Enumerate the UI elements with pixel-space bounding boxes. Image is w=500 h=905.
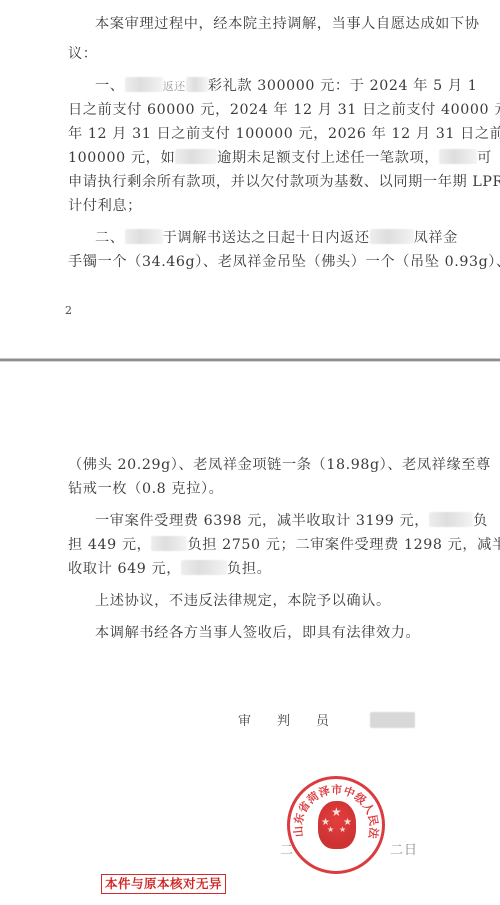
text-line: 议： bbox=[68, 44, 436, 64]
date-tail: 二日 bbox=[390, 843, 418, 858]
page-number: 2 bbox=[65, 304, 72, 317]
text-line: 本调解书经各方当事人签收后，即具有法律效力。 bbox=[95, 623, 463, 643]
text-line: 二、于调解书送达之日起十日内返还凤祥金 bbox=[95, 228, 463, 248]
redacted-party-name bbox=[439, 149, 477, 164]
text-line: 100000 元，如逾期未足额支付上述任一笔款项，可 bbox=[68, 148, 436, 168]
clause-text: 100000 元，如 bbox=[68, 150, 175, 166]
redacted-party-name bbox=[429, 512, 473, 527]
signature-role-char: 审 bbox=[238, 714, 251, 729]
judge-signature-line: 审判员 bbox=[238, 710, 329, 729]
clause-text: 一审案件受理费 6398 元，减半收取计 3199 元， bbox=[95, 513, 429, 529]
redacted-party-name bbox=[175, 149, 217, 164]
text-line: 上述协议，不违反法律规定，本院予以确认。 bbox=[95, 591, 463, 611]
text-line: 年 12 月 31 日之前支付 100000 元，2026 年 12 月 31 … bbox=[68, 124, 436, 144]
text-line: 本案审理过程中，经本院主持调解，当事人自愿达成如下协 bbox=[95, 14, 463, 34]
document-page-top: 本案审理过程中，经本院主持调解，当事人自愿达成如下协 议： 一、返还彩礼款 30… bbox=[0, 0, 500, 358]
clause-text: 负担。 bbox=[227, 561, 271, 577]
clause-verb: 返还 bbox=[163, 80, 186, 93]
redacted-party-name bbox=[186, 77, 208, 92]
redacted-judge-name bbox=[370, 712, 415, 728]
clause-text: 彩礼款 300000 元：于 2024 年 5 月 1 bbox=[208, 78, 478, 94]
clause-text: 于调解书送达之日起十日内返还 bbox=[163, 230, 370, 246]
text-line: 钻戒一枚（0.8 克拉）。 bbox=[68, 479, 436, 499]
clause-number: 二、 bbox=[95, 230, 125, 246]
clause-text: 负担 2750 元；二审案件受理费 1298 元，减半 bbox=[187, 537, 500, 553]
text-line: 担 449 元，负担 2750 元；二审案件受理费 1298 元，减半 bbox=[68, 535, 436, 555]
signature-role-char: 判 bbox=[277, 714, 290, 729]
text-line: （佛头 20.29g）、老凤祥金项链一条（18.98g）、老凤祥缘至尊 bbox=[68, 455, 436, 475]
clause-text: 可 bbox=[477, 150, 492, 166]
court-seal-stamp: 山东省菏泽市中级人民法院 ★ ★ ★ ★ ★ bbox=[287, 776, 385, 874]
signature-role-char: 员 bbox=[316, 714, 329, 729]
redacted-party-name bbox=[125, 77, 163, 92]
clause-text: 逾期未足额支付上述任一笔款项， bbox=[217, 150, 439, 166]
text-line: 手镯一个（34.46g）、老凤祥金吊坠（佛头）一个（吊坠 0.93g）、 bbox=[68, 252, 436, 272]
redacted-party-name bbox=[370, 229, 414, 244]
text-line: 计付利息； bbox=[68, 196, 436, 216]
clause-text: 负 bbox=[473, 513, 488, 529]
clause-number: 一、 bbox=[95, 78, 125, 94]
text-line: 申请执行剩余所有款项，并以欠付款项为基数、以同期一年期 LPR bbox=[68, 172, 436, 192]
text-line: 一审案件受理费 6398 元，减半收取计 3199 元，负 bbox=[95, 511, 463, 531]
redacted-party-name bbox=[125, 229, 163, 244]
redacted-party-name bbox=[181, 560, 227, 575]
text-line: 一、返还彩礼款 300000 元：于 2024 年 5 月 1 bbox=[95, 76, 463, 96]
page-divider bbox=[0, 358, 500, 362]
text-line: 收取计 649 元，负担。 bbox=[68, 559, 436, 579]
redacted-party-name bbox=[151, 536, 187, 551]
clause-text: 收取计 649 元， bbox=[68, 561, 181, 577]
national-emblem-icon: ★ ★ ★ ★ ★ bbox=[318, 801, 356, 849]
text-line: 日之前支付 60000 元，2024 年 12 月 31 日之前支付 40000… bbox=[68, 100, 436, 120]
clause-text: 凤祥金 bbox=[414, 230, 458, 246]
clause-text: 担 449 元， bbox=[68, 537, 151, 553]
certified-copy-stamp: 本件与原本核对无异 bbox=[101, 874, 226, 894]
